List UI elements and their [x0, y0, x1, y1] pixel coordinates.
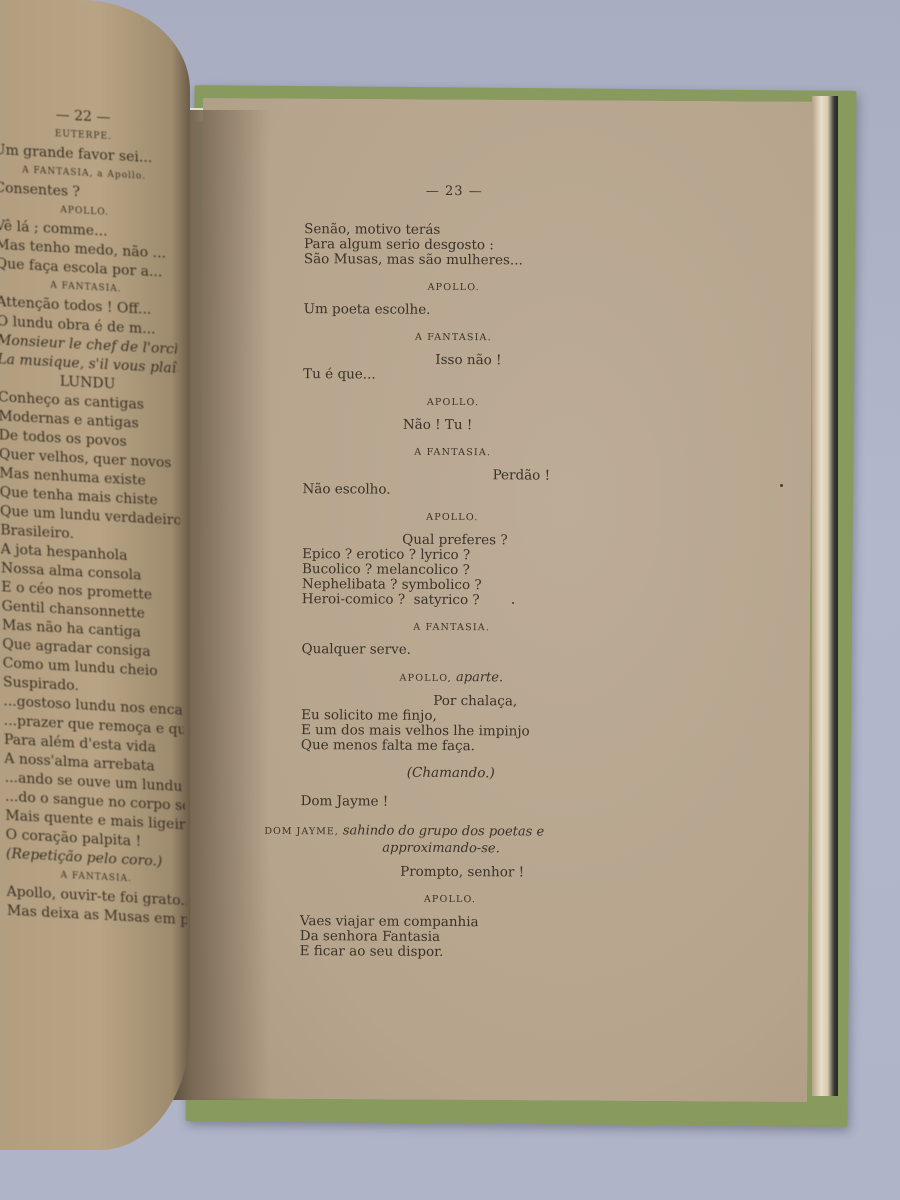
left-page-lines: EUTERPE.Um grande favor sei...A FANTASIA…: [0, 122, 187, 930]
speaker-name: APOLLO.: [428, 282, 480, 293]
speaker-name: A FANTASIA.: [414, 447, 491, 458]
speaker-heading: APOLLO.: [302, 509, 602, 526]
speaker-heading: APOLLO.: [303, 394, 603, 411]
speaker-name: A FANTASIA.: [415, 332, 492, 343]
speaker-heading: DOM JAYME, sahindo do grupo dos poetas e…: [264, 823, 604, 858]
stage-direction: approximando-se.: [264, 840, 604, 858]
verse-line: Tu é que...: [303, 367, 603, 384]
speaker-heading: A FANTASIA.: [302, 619, 602, 636]
verse-line: Qualquer serve.: [301, 642, 601, 659]
stage-direction: sahindo do grupo dos poetas e: [343, 823, 544, 839]
speaker-heading: APOLLO, aparte.: [301, 669, 601, 687]
left-page-text: — 22 — EUTERPE.Um grande favor sei...A F…: [0, 103, 187, 930]
speaker-name: A FANTASIA.: [413, 622, 490, 633]
verse-line: Não escolho.: [302, 482, 602, 499]
verse-line: Heroi-comico ? satyrico ?: [302, 592, 602, 609]
speaker-name: APOLLO.: [426, 512, 478, 523]
verse-line: São Musas, mas são mulheres...: [304, 252, 604, 269]
speaker-heading: A FANTASIA.: [303, 329, 603, 346]
page-edges: [812, 96, 838, 1096]
verse-line: Um poeta escolhe.: [304, 302, 604, 319]
stage-direction: (Chamando.): [301, 765, 601, 782]
verse-line: Dom Jayme !: [301, 794, 601, 811]
speaker-heading: A FANTASIA.: [303, 444, 603, 461]
right-page-lines: Senão, motivo terásPara algum serio desg…: [300, 222, 604, 961]
paper-speck: [780, 484, 783, 487]
speaker-name: APOLLO.: [427, 397, 479, 408]
speaker-name: APOLLO,: [400, 673, 452, 684]
speaker-heading: APOLLO.: [300, 891, 600, 908]
verse-line: Não ! Tu !: [303, 417, 603, 434]
verse-line: E ficar ao seu dispor.: [300, 944, 600, 961]
verse-line: Que menos falta me faça.: [301, 738, 601, 755]
right-page-text: — 23 — Senão, motivo terásPara algum ser…: [300, 183, 605, 961]
speaker-name: APOLLO.: [424, 894, 476, 905]
page-number: — 23 —: [304, 183, 604, 200]
speaker-heading: APOLLO.: [304, 279, 604, 296]
stage-direction: aparte.: [452, 670, 503, 685]
speaker-name: DOM JAYME,: [264, 826, 342, 837]
paper-speck: [512, 602, 514, 604]
verse-line: Prompto, senhor !: [300, 864, 600, 881]
